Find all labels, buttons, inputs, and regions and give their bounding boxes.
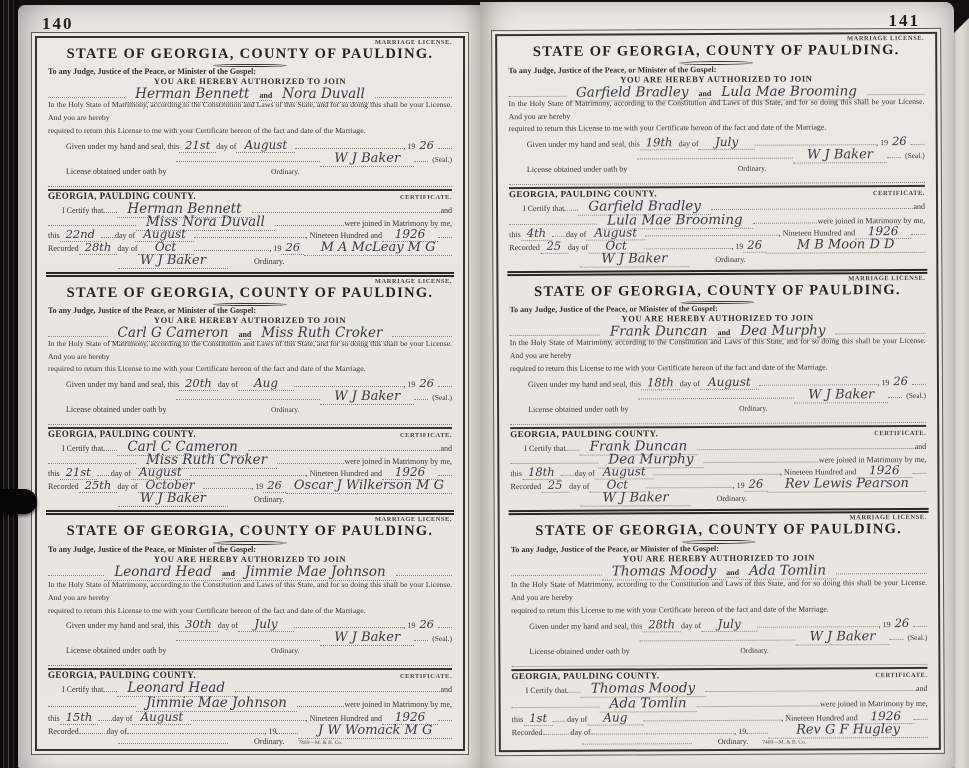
ordinary-signature: W J Baker [320,630,414,646]
fill-line [553,711,567,722]
certificate-header: GEORGIA, PAULDING COUNTY. [48,191,196,201]
seal-label: (Seal.) [906,391,926,400]
fill-line [277,453,344,464]
oath-line: License obtained under oath by W J Baker… [48,630,452,655]
fill-line [98,710,112,721]
day-of-label: day of [680,379,700,388]
certificate-corner-label: CERTIFICATE. [400,673,452,680]
nineteen-hundred-label: , Nineteen Hundred and [306,469,382,478]
ordinary-label: Ordinary. [176,646,394,655]
printer-mark: 7469—M. & B. Co. [762,740,806,746]
fill-line [510,412,926,425]
year-prefix: , 19 [251,482,263,491]
certify-line-2: Jimmie Mae Johnson were joined in Matrim… [48,695,452,710]
recorder-signature: W J Baker [118,253,228,269]
day-of-label: day of [111,469,131,478]
this-label: this [509,230,521,239]
fill-line [697,438,915,450]
certify-line-1: I Certify that Leonard Head and [48,680,452,695]
day-of-label: day of [678,139,698,148]
fill-line [252,202,441,213]
marriage-license-corner-label: MARRIAGE LICENSE. [48,516,452,523]
fill-line [867,83,925,94]
certificate-section: MARRIAGE LICENSE. STATE OF GEORGIA, COUN… [506,34,927,271]
license-year: 26 [891,616,914,630]
fill-line [888,387,902,398]
ordinary-signature-block: W J Baker (Seal.) Ordinary. [638,387,926,414]
year-prefix: , 19 [264,727,276,736]
fill-line [640,629,796,641]
recorded-label: Recorded [48,727,79,736]
nineteen-hundred-label: , Nineteen Hundred and [306,231,382,240]
section-title: STATE OF GEORGIA, COUNTY OF PAULDING. [509,282,925,301]
marriage-date-line: this 22nd day of August , Nineteen Hundr… [48,227,452,240]
day-of-label: day of [681,621,701,630]
recorded-year [746,733,768,734]
fill-line [511,565,602,576]
fill-line [48,326,108,337]
seal-label: (Seal.) [432,393,452,402]
fill-line [755,134,876,146]
printer-mark: 7469—M. & B. Co. [298,740,342,746]
fill-line [438,376,452,387]
this-label: this [510,469,522,478]
certify-prefix: I Certify that [62,685,103,694]
fill-line [567,682,581,693]
names-line: Carl G Cameron and Miss Ruth Croker [48,325,452,338]
ordinary-label: Ordinary. [717,494,747,503]
fill-line [889,629,903,640]
blank-line [48,414,452,427]
recorded-day [79,733,107,734]
fill-line [48,414,452,425]
fill-line [295,138,403,149]
fill-line [294,376,403,387]
fill-line [294,617,403,628]
fill-line [654,464,780,476]
and-label: and [916,684,928,693]
license-body-line2: required to return this License to me wi… [48,125,452,138]
fill-line [191,710,305,721]
seal-label: (Seal.) [432,155,452,164]
ordinary-signature: W J Baker [320,151,414,167]
section-title: STATE OF GEORGIA, COUNTY OF PAULDING. [511,521,927,540]
marriage-date-line: this 15th day of August , Nineteen Hundr… [48,710,452,723]
ordinary-label: Ordinary. [176,167,394,176]
certificate-frame-left: MARRIAGE LICENSE. STATE OF GEORGIA, COUN… [31,32,469,755]
license-body-line1: In the Holy State of Matrimony, accordin… [48,579,452,605]
fill-line [48,87,125,98]
oath-line: License obtained under oath by W J Baker… [48,151,452,176]
day-of-label: day of [117,482,137,491]
recorder-line: Ordinary. 7469—M. & B. Co. [512,736,928,747]
and-label: and [726,568,739,578]
ordinary-signature-block: W J Baker (Seal.) Ordinary. [176,151,452,176]
fill-line [561,465,575,476]
day-of-label: day of [569,482,589,491]
oath-line: License obtained under oath by W J Baker… [48,389,452,414]
license-year: 26 [415,138,438,152]
fill-line [887,147,901,158]
fill-line [414,151,428,162]
day-of-label: day of [115,231,135,240]
license-body-line1: In the Holy State of Matrimony, accordin… [510,335,926,363]
nineteen-hundred-label: , Nineteen Hundred and [781,713,857,722]
certificate-header: GEORGIA, PAULDING COUNTY. [48,670,196,680]
and-label: and [440,685,452,694]
this-label: this [512,715,524,724]
fill-line [911,224,925,235]
fill-line [552,225,566,236]
fill-line [697,695,821,707]
recorded-line: Recorded day of , 19 J W Womack M G [48,723,452,737]
fill-line [414,389,428,400]
fill-line [508,85,566,96]
recorded-month [127,733,183,734]
fill-line [835,323,925,334]
scanned-register-spread: { "colors": { "paper": "#eae8e3", "print… [0,0,969,768]
certify-line-1: I Certify that Herman Bennett and [48,201,452,214]
fill-line [643,709,781,721]
salutation-line: To any Judge, Justice of the Peace, or M… [48,545,452,554]
certificate-section: MARRIAGE LICENSE. STATE OF GEORGIA, COUN… [46,38,454,272]
fill-line [48,696,136,707]
fill-line [438,465,452,476]
given-prefix: Given under my hand and seal, this [66,621,179,630]
fill-line [438,227,452,238]
authorize-line: YOU ARE HEREBY AUTHORIZED TO JOIN [48,315,452,325]
fill-line [297,696,345,707]
ordinary-signature-block: W J Baker (Seal.) Ordinary. [176,630,452,655]
year-prefix: , 19 [877,378,889,387]
fill-line [194,227,306,238]
given-prefix: Given under my hand and seal, this [66,142,179,151]
page-number-left: 140 [42,14,74,34]
section-title: STATE OF GEORGIA, COUNTY OF PAULDING. [48,523,452,540]
this-label: this [48,231,60,240]
day-of-label: day of [218,380,238,389]
nineteen-hundred-label: , Nineteen Hundred and [780,468,856,477]
names-line: Leonard Head and Jimmie Mae Johnson [48,564,452,579]
year-prefix: , 19 [733,481,745,490]
recorded-line: Recorded 25th day of October , 19 26 Osc… [48,478,452,491]
day-of-label: day of [117,244,137,253]
license-body-line2: required to return this License to me wi… [48,605,452,618]
fill-line [912,374,926,385]
section-title: STATE OF GEORGIA, COUNTY OF PAULDING. [48,46,452,63]
fill-line [392,326,452,337]
oath-line: License obtained under oath by W J Baker… [509,147,925,174]
ordinary-signature: W J Baker [320,389,414,405]
license-year: 26 [415,376,438,390]
certify-line-2: Miss Nora Duvall were joined in Matrimon… [48,214,452,227]
seal-label: (Seal.) [905,151,925,160]
fill-line [375,87,452,98]
fill-line [638,388,794,400]
recorded-day [542,734,570,735]
fill-line [190,465,306,476]
recorder-line: W J Baker Ordinary. 7469—M. & B. Co. [509,250,925,268]
fill-line [194,240,270,251]
fill-line [48,215,136,226]
fill-line [645,477,732,488]
recorder-signature: W J Baker [581,491,691,508]
fill-line [637,148,793,160]
blank-line [48,176,452,189]
fill-line [509,172,925,185]
license-body-line1: In the Holy State of Matrimony, accordin… [48,338,452,364]
recorded-year [276,733,298,734]
fill-line [911,134,925,145]
page-edge-stack-right [952,0,969,768]
recorder-signature: W J Baker [579,251,689,268]
certificate-list-left: MARRIAGE LICENSE. STATE OF GEORGIA, COUN… [35,36,465,751]
license-oath-label: License obtained under oath by [66,405,166,414]
recorded-month [591,733,647,734]
license-year: 26 [888,134,911,148]
fill-line [103,681,117,692]
year-prefix: , 19 [876,138,888,147]
fill-line [203,478,252,489]
this-label: this [48,469,60,478]
fill-line [103,440,117,451]
fill-line [183,723,265,734]
certificate-frame-right: MARRIAGE LICENSE. STATE OF GEORGIA, COUN… [491,28,945,756]
day-of-label: day of [568,242,588,251]
day-of-label: day of [218,621,238,630]
ordinary-label: Ordinary. [254,737,284,746]
marriage-license-corner-label: MARRIAGE LICENSE. [48,278,452,285]
license-oath-label: License obtained under oath by [66,646,166,655]
recorder-line: W J Baker Ordinary. 7469—M. & B. Co. [48,253,452,269]
fill-line [644,238,731,249]
certify-line-2: Miss Ruth Croker were joined in Matrimon… [48,452,452,465]
ordinary-signature-block: W J Baker (Seal.) Ordinary. [640,629,928,656]
given-line: Given under my hand and seal, this 21st … [48,138,452,151]
license-body-line1: In the Holy State of Matrimony, accordin… [511,577,927,605]
year-prefix: , 19 [403,621,415,630]
fill-line [275,215,345,226]
day-of-label: day of [107,727,127,736]
license-body-line2: required to return this License to me wi… [48,363,452,376]
given-line: Given under my hand and seal, this 30th … [48,617,452,630]
and-label: and [222,569,235,579]
year-prefix: , 19 [403,380,415,389]
fill-line [753,212,818,223]
recorded-label: Recorded [48,244,79,253]
year-prefix: , 19 [269,244,281,253]
recorder-line: Ordinary. 7469—M. & B. Co. [48,737,452,746]
fill-line [836,563,927,574]
fill-line [759,374,878,386]
authorize-line: YOU ARE HEREBY AUTHORIZED TO JOIN [48,76,452,86]
recorded-label: Recorded [509,243,540,252]
day-of-label: day of [570,728,590,737]
certificate-corner-label: CERTIFICATE. [400,194,452,201]
recorder-signature [118,743,228,744]
recorder-line: W J Baker Ordinary. 7469—M. & B. Co. [511,489,927,507]
joined-label: were joined in Matrimony by me, [344,700,452,709]
fill-line [248,440,441,451]
fill-line [438,617,452,628]
fill-line [235,681,440,692]
fill-line [912,463,926,474]
section-title: STATE OF GEORGIA, COUNTY OF PAULDING. [508,42,924,61]
certificate-section: MARRIAGE LICENSE. STATE OF GEORGIA, COUN… [46,272,454,511]
certificate-section: MARRIAGE LICENSE. STATE OF GEORGIA, COUN… [507,269,928,511]
salutation-line: To any Judge, Justice of the Peace, or M… [48,306,452,315]
day-of-label: day of [575,469,595,478]
certify-line-1: I Certify that Carl C Cameron and [48,439,452,452]
certificate-header-row: GEORGIA, PAULDING COUNTY. CERTIFICATE. [48,191,452,201]
recorded-label: Recorded [512,728,543,737]
fill-line [512,696,600,707]
fill-line [705,680,916,692]
certify-prefix: I Certify that [526,686,567,695]
fill-line [101,227,115,238]
certificate-list-right: MARRIAGE LICENSE. STATE OF GEORGIA, COUN… [495,32,941,752]
seal-label: (Seal.) [432,634,452,643]
recorder-signature [582,743,692,745]
certificate-header-row: GEORGIA, PAULDING COUNTY. CERTIFICATE. [48,429,452,439]
fill-line [438,710,452,721]
fill-line [647,723,735,734]
fill-line [564,200,578,211]
fill-line [97,465,111,476]
year-prefix: , 19 [403,142,415,151]
this-label: this [48,714,60,723]
ordinary-signature: W J Baker [793,147,887,163]
ordinary-signature-block: W J Baker (Seal.) Ordinary. [637,147,925,174]
fill-line [414,630,428,641]
certificate-header-row: GEORGIA, PAULDING COUNTY. CERTIFICATE. [48,670,452,680]
nineteen-hundred-label: , Nineteen Hundred and [306,714,382,723]
fill-line [566,440,580,451]
ordinary-signature: W J Baker [794,387,888,403]
recorded-label: Recorded [510,482,541,491]
marriage-date-line: this 21st day of August , Nineteen Hundr… [48,465,452,478]
fill-line [396,565,452,576]
oath-line: License obtained under oath by W J Baker… [511,629,927,656]
fill-line [48,565,104,576]
ordinary-label: Ordinary. [254,495,284,504]
fill-line [103,202,117,213]
given-line: Given under my hand and seal, this 20th … [48,376,452,389]
book-spine-tab [0,489,37,514]
oath-line: License obtained under oath by W J Baker… [510,387,926,414]
given-prefix: Given under my hand and seal, this [66,380,179,389]
section-title: STATE OF GEORGIA, COUNTY OF PAULDING. [48,285,452,302]
recorder-signature: W J Baker [118,491,228,507]
register-page-left: 140 MARRIAGE LICENSE. STATE OF GEORGIA, … [18,5,480,768]
license-year: 26 [889,374,912,388]
ordinary-label: Ordinary. [718,737,748,746]
joined-label: were joined in Matrimony by me, [820,699,928,709]
fill-line [510,453,598,464]
nineteen-hundred-label: , Nineteen Hundred and [779,228,855,237]
ordinary-label: Ordinary. [254,257,284,266]
license-oath-label: License obtained under oath by [66,167,166,176]
names-line: Herman Bennett and Nora Duvall [48,86,452,99]
fill-line [711,198,914,210]
ordinary-label: Ordinary. [715,255,745,264]
fill-line [645,224,779,236]
recorder-line: W J Baker Ordinary. 7469—M. & B. Co. [48,491,452,507]
day-of-label: day of [216,142,236,151]
year-prefix: , 19 [731,242,743,251]
ordinary-signature-block: W J Baker (Seal.) Ordinary. [176,389,452,414]
fill-line [914,709,928,720]
year-prefix: , 19 [734,727,746,736]
certificate-section: MARRIAGE LICENSE. STATE OF GEORGIA, COUN… [46,510,454,749]
certificate-corner-label: CERTIFICATE. [400,432,452,439]
fill-line [510,325,600,336]
authorize-line: YOU ARE HEREBY AUTHORIZED TO JOIN [48,554,452,564]
fill-line [176,151,320,162]
blank-line [48,655,452,668]
fill-line [703,452,818,464]
given-prefix: Given under my hand and seal, this [529,621,642,631]
recorded-line: Recorded 28th day of Oct , 19 26 M A McL… [48,240,452,253]
fill-line [176,389,320,400]
salutation-line: To any Judge, Justice of the Peace, or M… [48,67,452,76]
year-prefix: , 19 [879,620,891,629]
fill-line [48,453,136,464]
fill-line [913,616,927,627]
certificate-header: GEORGIA, PAULDING COUNTY. [48,429,196,439]
fill-line [48,655,452,666]
day-of-label: day of [566,229,586,238]
fill-line [757,616,878,628]
fill-line [511,654,927,667]
page-edge-stack-left [0,0,18,768]
certificate-section: MARRIAGE LICENSE. STATE OF GEORGIA, COUN… [509,508,930,750]
recorded-label: Recorded [48,482,79,491]
license-body-line1: In the Holy State of Matrimony, accordin… [508,96,924,124]
fill-line [48,176,452,187]
fill-line [176,630,320,641]
ordinary-label: Ordinary. [176,405,394,414]
register-page-right: 141 MARRIAGE LICENSE. STATE OF GEORGIA, … [480,2,954,768]
fill-line [509,213,597,224]
license-year: 26 [415,617,438,631]
marriage-license-corner-label: MARRIAGE LICENSE. [48,39,452,46]
seal-label: (Seal.) [907,633,927,642]
ordinary-signature: W J Baker [796,629,890,645]
day-of-label: day of [112,714,132,723]
fill-line [438,138,452,149]
day-of-label: day of [567,714,587,723]
license-body-line1: In the Holy State of Matrimony, accordin… [48,99,452,125]
